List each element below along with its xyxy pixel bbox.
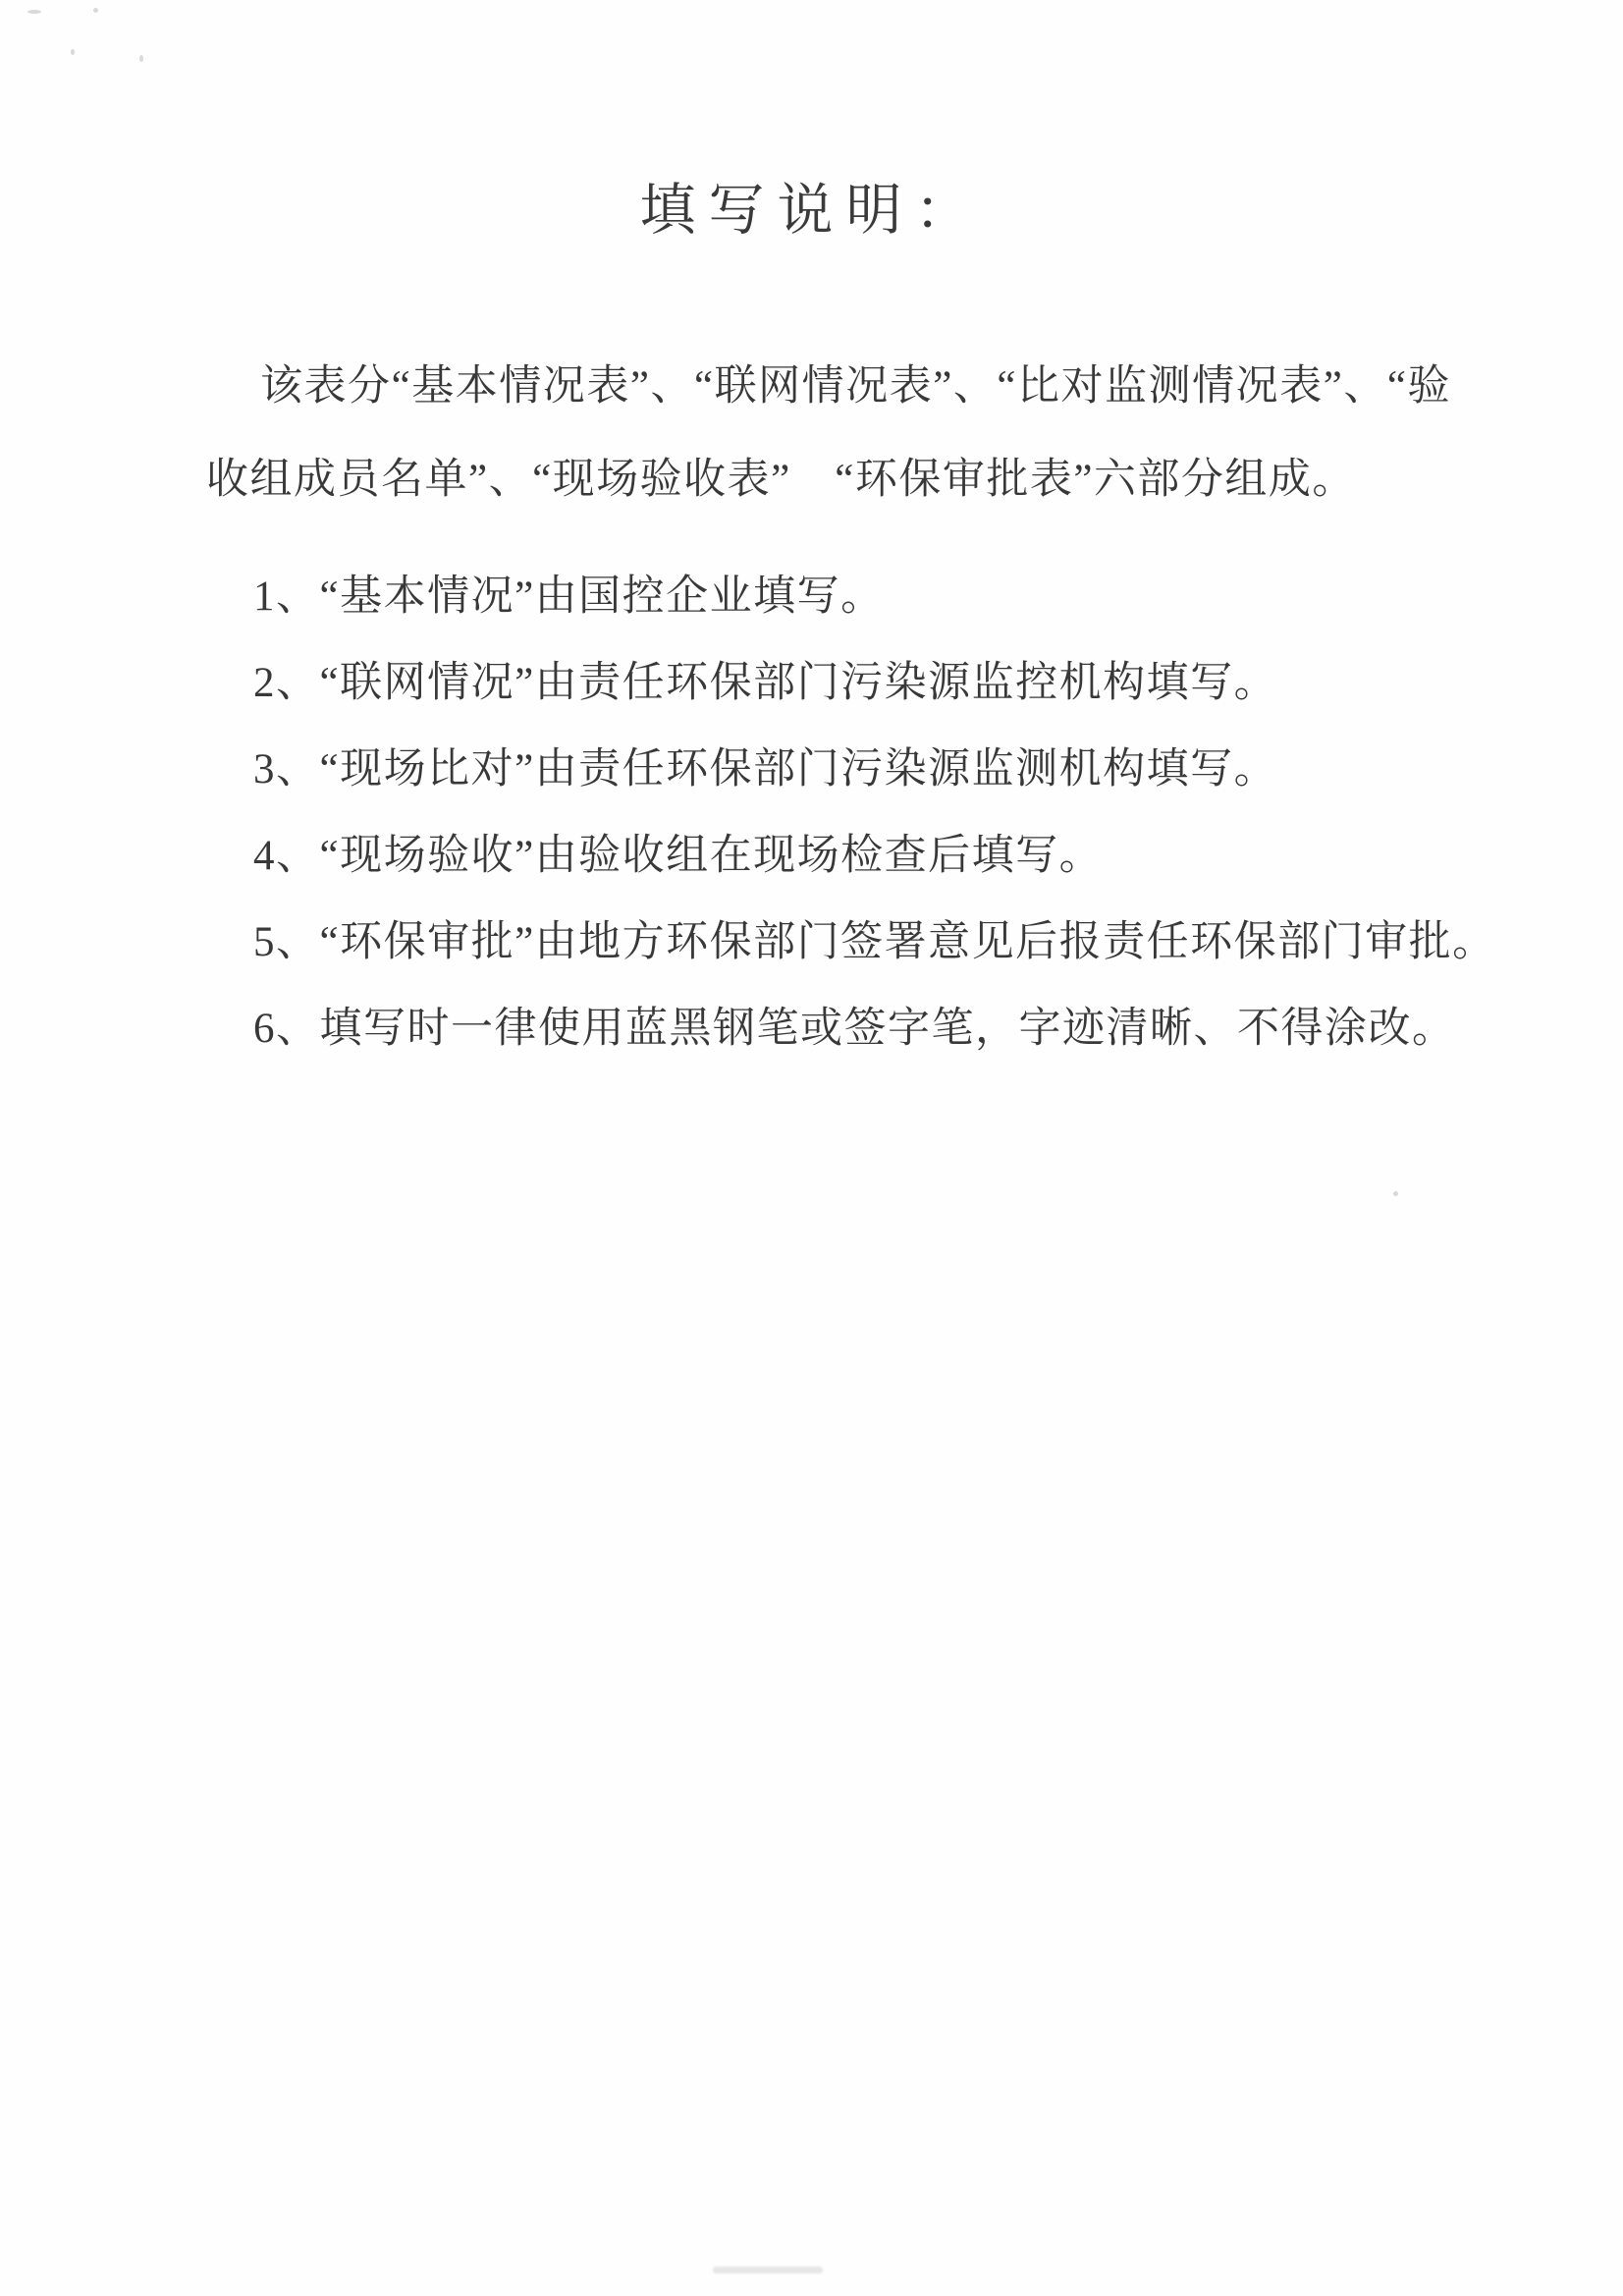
instruction-item-5: 5、“环保审批”由地方环保部门签署意见后报责任环保部门审批。 [253, 900, 1451, 986]
instruction-item-3: 3、“现场比对”由责任环保部门污染源监测机构填写。 [253, 727, 1451, 813]
scan-speck [27, 10, 41, 14]
instruction-item-1: 1、“基本情况”由国控企业填写。 [253, 554, 1451, 640]
instruction-item-4: 4、“现场验收”由验收组在现场检查后填写。 [253, 813, 1451, 900]
instruction-item-2: 2、“联网情况”由责任环保部门污染源监控机构填写。 [253, 640, 1451, 727]
scan-smudge [713, 2267, 823, 2273]
instruction-item-6: 6、填写时一律使用蓝黑钢笔或签字笔，字迹清晰、不得涂改。 [253, 986, 1451, 1072]
document-page: 填写说明： 该表分“基本情况表”、“联网情况表”、“比对监测情况表”、“验收组成… [0, 0, 1623, 2296]
scan-speck [93, 8, 98, 13]
intro-paragraph: 该表分“基本情况表”、“联网情况表”、“比对监测情况表”、“验收组成员名单”、“… [206, 340, 1451, 526]
scan-speck [71, 49, 75, 55]
page-title: 填写说明： [0, 0, 1623, 246]
scan-speck [1393, 1191, 1398, 1196]
document-body: 该表分“基本情况表”、“联网情况表”、“比对监测情况表”、“验收组成员名单”、“… [206, 340, 1451, 1072]
instruction-list: 1、“基本情况”由国控企业填写。 2、“联网情况”由责任环保部门污染源监控机构填… [206, 554, 1451, 1072]
scan-speck [139, 55, 143, 62]
